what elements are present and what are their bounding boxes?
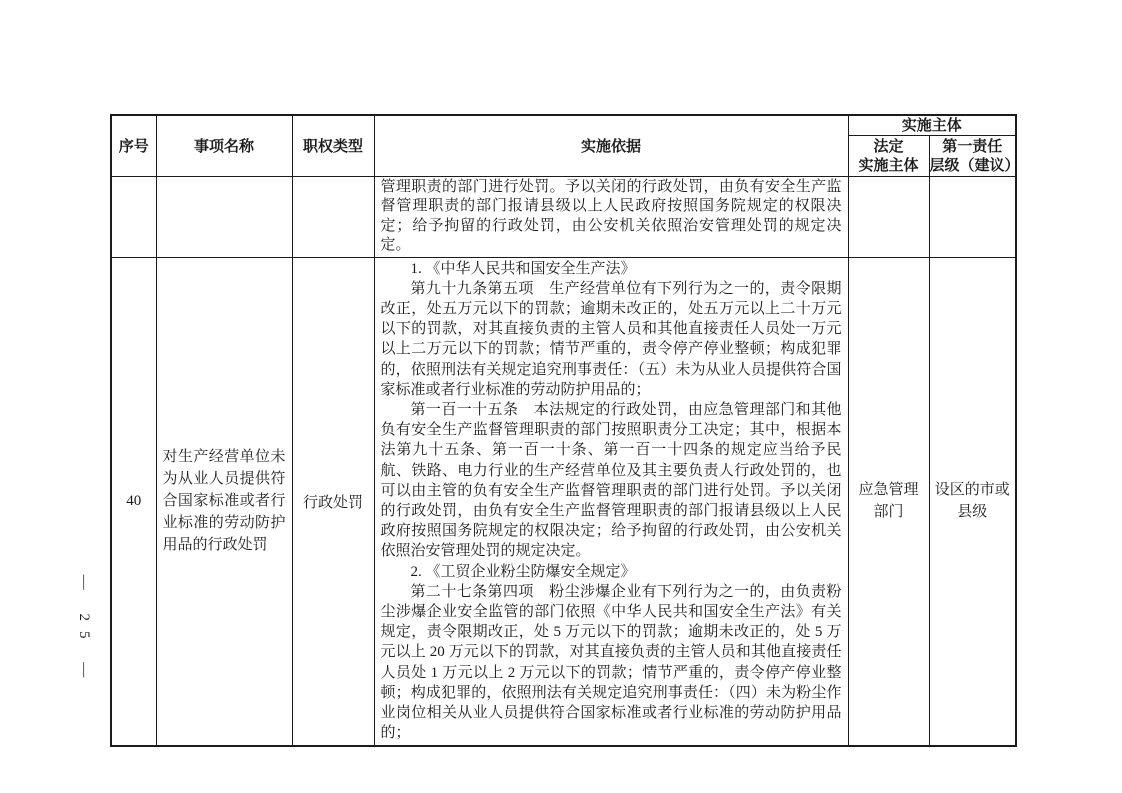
cell-first-level: 设区的市或 县级 bbox=[929, 257, 1016, 745]
header-subject-group: 实施主体 bbox=[848, 115, 1016, 136]
powers-list-table: 序号 事项名称 职权类型 实施依据 实施主体 法定 实施主体 第一责任 层级（建… bbox=[110, 114, 1017, 747]
basis-paragraph: 2. 《工贸企业粉尘防爆安全规定》 bbox=[381, 562, 842, 582]
header-seq: 序号 bbox=[111, 115, 156, 177]
basis-paragraph: 第九十九条第五项 生产经营单位有下列行为之一的，责令限期改正，处五万元以下的罚款… bbox=[381, 279, 842, 400]
basis-paragraph: 第一百一十五条 本法规定的行政处罚，由应急管理部门和其他负有安全生产监督管理职责… bbox=[381, 400, 842, 562]
header-legal-subject: 法定 实施主体 bbox=[848, 136, 929, 177]
header-basis: 实施依据 bbox=[374, 115, 848, 177]
cell-legal-subject: 应急管理 部门 bbox=[848, 257, 929, 745]
cell-item-name: 对生产经营单位未为从业人员提供符合国家标准或者行业标准的劳动防护用品的行政处罚 bbox=[156, 257, 292, 745]
table-row-item-40: 40 对生产经营单位未为从业人员提供符合国家标准或者行业标准的劳动防护用品的行政… bbox=[111, 257, 1016, 745]
cell-basis-continuation: 管理职责的部门进行处罚。予以关闭的行政处罚，由负有安全生产监督管理职责的部门报请… bbox=[374, 177, 848, 258]
cell-power-type: 行政处罚 bbox=[292, 257, 374, 745]
cell-power-type-empty bbox=[292, 177, 374, 258]
basis-paragraph: 第二十七条第四项 粉尘涉爆企业有下列行为之一的，由负责粉尘涉爆企业安全监管的部门… bbox=[381, 582, 842, 744]
header-first-level: 第一责任 层级（建议） bbox=[929, 136, 1016, 177]
header-power-type: 职权类型 bbox=[292, 115, 374, 177]
basis-paragraph: 管理职责的部门进行处罚。予以关闭的行政处罚，由负有安全生产监督管理职责的部门报请… bbox=[381, 178, 842, 256]
cell-legal-subject-empty bbox=[848, 177, 929, 258]
cell-item-name-empty bbox=[156, 177, 292, 258]
cell-basis: 1. 《中华人民共和国安全生产法》 第九十九条第五项 生产经营单位有下列行为之一… bbox=[374, 257, 848, 745]
basis-paragraph: 1. 《中华人民共和国安全生产法》 bbox=[381, 259, 842, 279]
header-item-name: 事项名称 bbox=[156, 115, 292, 177]
cell-first-level-empty bbox=[929, 177, 1016, 258]
header-row-top: 序号 事项名称 职权类型 实施依据 实施主体 bbox=[111, 115, 1016, 136]
table-row-continuation: 管理职责的部门进行处罚。予以关闭的行政处罚，由负有安全生产监督管理职责的部门报请… bbox=[111, 177, 1016, 258]
document-page: { "page": { "page_number": "— 25 —" }, "… bbox=[0, 0, 1122, 793]
cell-seq-empty bbox=[111, 177, 156, 258]
page-number: — 25 — bbox=[72, 565, 92, 697]
cell-seq: 40 bbox=[111, 257, 156, 745]
